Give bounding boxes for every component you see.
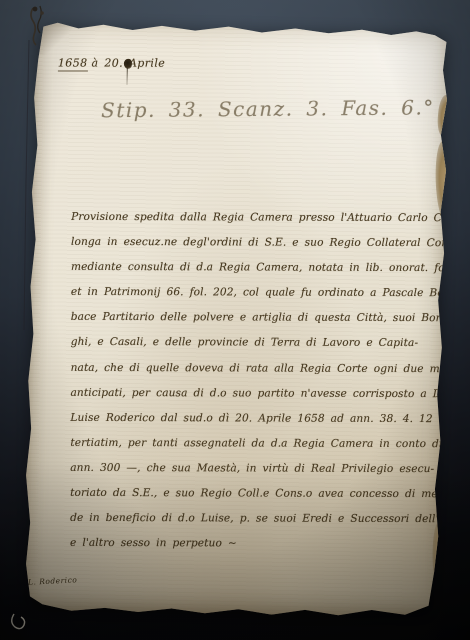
body-line: toriato da S.E., e suo Regio Coll.e Cons… xyxy=(70,481,438,507)
left-edge-thread xyxy=(24,40,29,330)
date-year: 1658 xyxy=(58,56,88,71)
corner-fold xyxy=(32,21,73,56)
thread-knot xyxy=(33,7,38,12)
body-line: mediante consulta di d.a Regia Camera, n… xyxy=(71,255,439,281)
manuscript-page: 1658à 20. Aprile Stip. 33. Scanz. 3. Fas… xyxy=(21,21,449,619)
body-line: de in beneficio di d.o Luise, p. se suoi… xyxy=(70,506,438,532)
date-annotation: 1658à 20. Aprile xyxy=(58,56,165,69)
thread-knot xyxy=(40,11,44,15)
archival-reference: Stip. 33. Scanz. 3. Fas. 6.° n.° 34 xyxy=(101,95,470,123)
body-line: Luise Roderico dal sud.o dì 20. Aprile 1… xyxy=(70,406,438,432)
body-line: bace Partitario delle polvere e artiglia… xyxy=(71,305,439,331)
body-line: e l'altro sesso in perpetuo ~ xyxy=(70,531,438,557)
body-line: ann. 300 —, che sua Maestà, in virtù di … xyxy=(70,456,438,482)
body-line: Provisione spedita dalla Regia Camera pr… xyxy=(71,205,439,231)
body-line: nata, che di quelle doveva di rata alla … xyxy=(71,355,439,381)
manuscript-photo: 1658à 20. Aprile Stip. 33. Scanz. 3. Fas… xyxy=(0,0,470,640)
body-line: anticipati, per causa di d.o suo partito… xyxy=(70,380,438,406)
thread-top-left xyxy=(31,8,36,45)
signature-annotation: L. Roderico xyxy=(28,575,78,586)
body-text: Provisione spedita dalla Regia Camera pr… xyxy=(70,205,439,558)
body-line: longa in esecuz.ne degl'ordini di S.E. e… xyxy=(71,230,439,256)
body-line: tertiatim, per tanti assegnateli da d.a … xyxy=(70,431,438,457)
body-line: ghi, e Casali, e delle provincie di Terr… xyxy=(71,330,439,356)
body-line: et in Patrimonij 66. fol. 202, col quale… xyxy=(71,280,439,306)
ink-blot xyxy=(124,59,132,69)
thread-bottom-left xyxy=(12,614,25,629)
ink-drip xyxy=(126,68,127,85)
thread-top-left xyxy=(38,6,42,33)
